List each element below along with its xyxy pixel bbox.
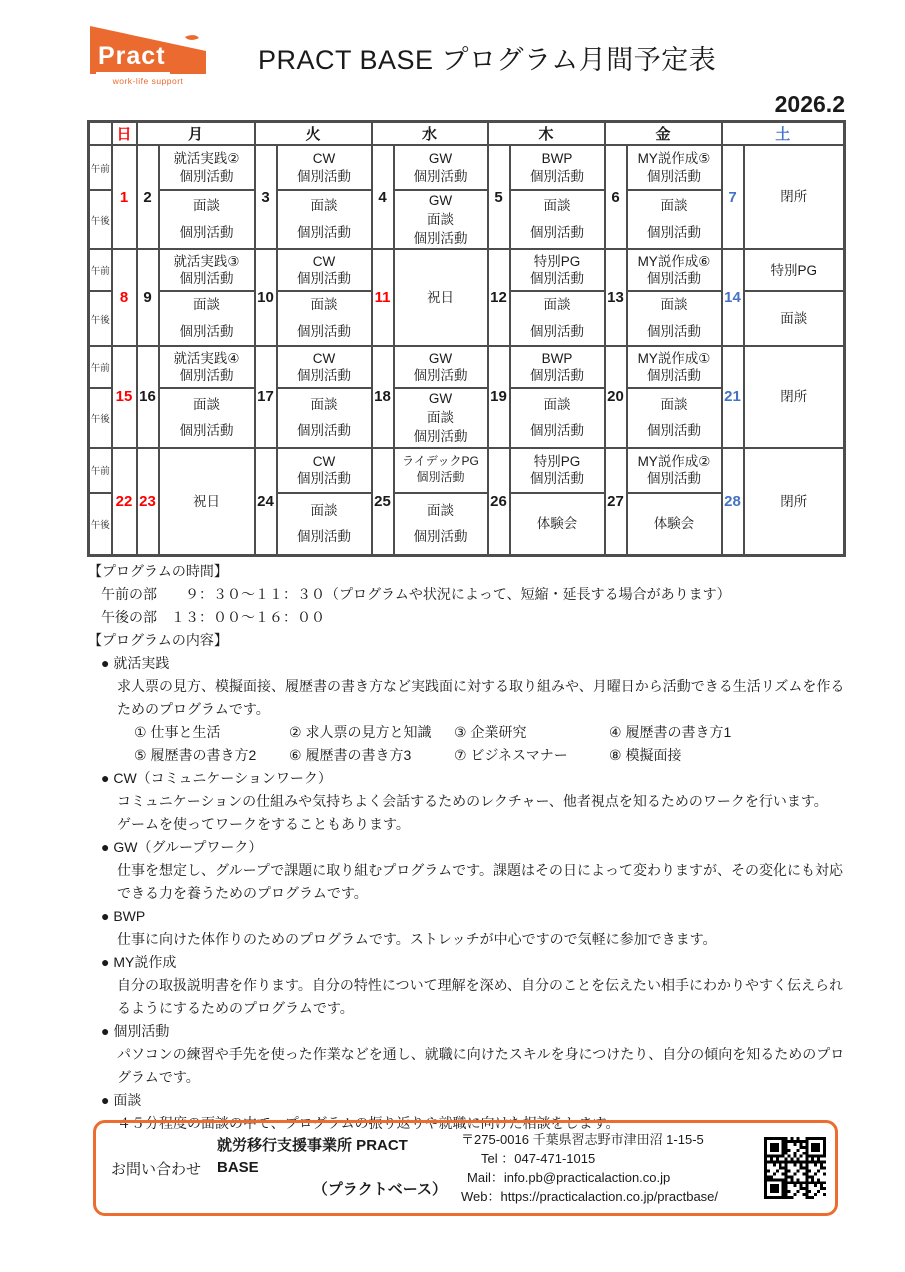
date-cell: 2 (137, 145, 159, 249)
item-title: ● 就活実践 (101, 652, 880, 675)
document-page: Pract work-life support PRACT BASE プログラム… (0, 0, 905, 1272)
item-desc: コミュニケーションの仕組みや気持ちよく会話するためのレクチャー、他者視点を知るた… (117, 790, 880, 836)
program-cell: CW 個別活動 (277, 346, 372, 388)
program-cell: 特別PG (744, 249, 845, 291)
program-cell: 面談 個別活動 (277, 190, 372, 249)
closed-cell: 閉所 (744, 448, 845, 556)
numbered-item: ⑤ 履歴書の書き方2 (134, 744, 289, 767)
item-title: ● GW（グループワーク） (101, 836, 880, 859)
corner-cell (89, 122, 112, 146)
contact-label: お問い合わせ (111, 1158, 201, 1179)
program-cell: 面談 個別活動 (627, 291, 722, 346)
am-row-label: 午前 (89, 346, 112, 388)
program-cell: 体験会 (510, 493, 605, 556)
date-cell: 7 (722, 145, 744, 249)
program-cell: GW 面談 個別活動 (394, 388, 488, 447)
web-line: Web：https://practicalaction.co.jp/practb… (461, 1187, 718, 1206)
logo-leaf-icon (185, 32, 199, 43)
program-cell: MY説作成① 個別活動 (627, 346, 722, 388)
page-title: PRACT BASE プログラム月間予定表 (258, 38, 716, 77)
numbered-item: ⑥ 履歴書の書き方3 (289, 744, 454, 767)
closed-cell: 閉所 (744, 346, 845, 447)
calendar-header-row: 日 月 火 水 木 金 土 (89, 122, 845, 146)
numbered-item: ⑧ 模擬面接 (609, 744, 681, 767)
item-desc: 自分の取扱説明書を作ります。自分の特性について理解を深め、自分のことを伝えたい相… (117, 974, 880, 1020)
header-thu: 木 (488, 122, 605, 146)
date-cell: 11 (372, 249, 394, 346)
program-cell: CW 個別活動 (277, 249, 372, 291)
tel-line: Tel ：047-471-1015 (461, 1149, 718, 1168)
date-cell: 27 (605, 448, 627, 556)
week1-am-row: 午前 1 2 就活実践② 個別活動 3 CW 個別活動 4 GW 個別活動 5 … (89, 145, 845, 190)
header-tue: 火 (255, 122, 372, 146)
holiday-cell: 祝日 (159, 448, 255, 556)
date-cell: 18 (372, 346, 394, 447)
program-cell: GW 個別活動 (394, 346, 488, 388)
program-cell: 特別PG 個別活動 (510, 249, 605, 291)
closed-cell: 閉所 (744, 145, 845, 249)
numbered-list-row: ① 仕事と生活 ② 求人票の見方と知識 ③ 企業研究 ④ 履歴書の書き方1 (134, 721, 880, 744)
program-cell: 面談 個別活動 (627, 388, 722, 447)
program-info: 【プログラムの時間】 午前の部 ９：３０～１１：３０（プログラムや状況によって、… (88, 560, 880, 1135)
week3-am-row: 午前 15 16 就活実践④ 個別活動 17 CW 個別活動 18 GW 個別活… (89, 346, 845, 388)
am-row-label: 午前 (89, 249, 112, 291)
date-cell: 4 (372, 145, 394, 249)
program-cell: MY説作成⑤ 個別活動 (627, 145, 722, 190)
program-cell: GW 個別活動 (394, 145, 488, 190)
org-name-line: 就労移行支援事業所 PRACT BASE (217, 1135, 447, 1179)
am-row-label: 午前 (89, 448, 112, 493)
week2-am-row: 午前 8 9 就活実践③ 個別活動 10 CW 個別活動 11 祝日 12 特別… (89, 249, 845, 291)
program-cell: 体験会 (627, 493, 722, 556)
program-cell: 面談 個別活動 (394, 493, 488, 556)
date-cell: 20 (605, 346, 627, 447)
numbered-item: ④ 履歴書の書き方1 (609, 721, 731, 744)
item-title: ● BWP (101, 905, 880, 928)
program-cell: 就活実践② 個別活動 (159, 145, 255, 190)
date-cell: 13 (605, 249, 627, 346)
program-cell: 面談 個別活動 (627, 190, 722, 249)
contact-box: お問い合わせ 就労移行支援事業所 PRACT BASE （プラクトベース） 〒2… (93, 1120, 838, 1216)
logo-tagline: work-life support (90, 76, 206, 86)
numbered-list-row: ⑤ 履歴書の書き方2 ⑥ 履歴書の書き方3 ⑦ ビジネスマナー ⑧ 模擬面接 (134, 744, 880, 767)
pm-row-label: 午後 (89, 493, 112, 556)
pract-logo: Pract work-life support (90, 26, 206, 90)
header-wed: 水 (372, 122, 488, 146)
date-cell: 12 (488, 249, 510, 346)
pm-row-label: 午後 (89, 291, 112, 346)
date-cell: 22 (112, 448, 137, 556)
item-title: ● MY説作成 (101, 951, 880, 974)
program-cell: 面談 個別活動 (277, 388, 372, 447)
header-fri: 金 (605, 122, 722, 146)
program-cell: 面談 個別活動 (510, 388, 605, 447)
program-cell: CW 個別活動 (277, 448, 372, 493)
date-cell: 5 (488, 145, 510, 249)
pm-row-label: 午後 (89, 388, 112, 447)
item-desc: パソコンの練習や手先を使った作業などを通し、就職に向けたスキルを身につけたり、自… (117, 1043, 880, 1089)
header-sat: 土 (722, 122, 845, 146)
content-section-heading: 【プログラムの内容】 (88, 629, 880, 652)
program-cell: ライデックPG 個別活動 (394, 448, 488, 493)
date-cell: 28 (722, 448, 744, 556)
date-cell: 14 (722, 249, 744, 346)
mail-line: Mail：info.pb@practicalaction.co.jp (461, 1168, 718, 1187)
contact-details: 〒275-0016 千葉県習志野市津田沼 1-15-5 Tel ：047-471… (461, 1130, 718, 1206)
program-cell: 就活実践④ 個別活動 (159, 346, 255, 388)
program-cell: MY説作成⑥ 個別活動 (627, 249, 722, 291)
date-cell: 16 (137, 346, 159, 447)
holiday-cell: 祝日 (394, 249, 488, 346)
date-cell: 23 (137, 448, 159, 556)
calendar-table: 日 月 火 水 木 金 土 午前 1 2 就活実践② 個別活動 3 CW 個別活… (87, 120, 846, 557)
address-line: 〒275-0016 千葉県習志野市津田沼 1-15-5 (461, 1130, 718, 1149)
program-cell: 面談 個別活動 (277, 291, 372, 346)
program-cell: MY説作成② 個別活動 (627, 448, 722, 493)
qr-code (764, 1137, 826, 1199)
date-cell: 8 (112, 249, 137, 346)
header-sun: 日 (112, 122, 137, 146)
program-cell: 面談 個別活動 (277, 493, 372, 556)
numbered-item: ② 求人票の見方と知識 (289, 721, 454, 744)
time-section-heading: 【プログラムの時間】 (88, 560, 880, 583)
program-cell: CW 個別活動 (277, 145, 372, 190)
week4-am-row: 午前 22 23 祝日 24 CW 個別活動 25 ライデックPG 個別活動 2… (89, 448, 845, 493)
item-title: ● 個別活動 (101, 1020, 880, 1043)
numbered-item: ① 仕事と生活 (134, 721, 289, 744)
month-label: 2026.2 (600, 91, 845, 118)
date-cell: 26 (488, 448, 510, 556)
date-cell: 3 (255, 145, 277, 249)
date-cell: 21 (722, 346, 744, 447)
program-cell: 面談 個別活動 (510, 291, 605, 346)
am-row-label: 午前 (89, 145, 112, 190)
numbered-item: ⑦ ビジネスマナー (454, 744, 609, 767)
program-cell: 就活実践③ 個別活動 (159, 249, 255, 291)
header-mon: 月 (137, 122, 255, 146)
date-cell: 17 (255, 346, 277, 447)
date-cell: 6 (605, 145, 627, 249)
item-desc: 求人票の見方、模擬面接、履歴書の書き方など実践面に対する取り組みや、月曜日から活… (117, 675, 880, 721)
pm-row-label: 午後 (89, 190, 112, 249)
program-cell: 面談 個別活動 (159, 190, 255, 249)
numbered-item: ③ 企業研究 (454, 721, 609, 744)
date-cell: 9 (137, 249, 159, 346)
program-cell: 面談 (744, 291, 845, 346)
am-time-line: 午前の部 ９：３０～１１：３０（プログラムや状況によって、短縮・延長する場合があ… (101, 583, 880, 606)
program-cell: BWP 個別活動 (510, 346, 605, 388)
item-desc: 仕事を想定し、グループで課題に取り組むプログラムです。課題はその日によって変わり… (117, 859, 880, 905)
program-cell: 特別PG 個別活動 (510, 448, 605, 493)
program-cell: BWP 個別活動 (510, 145, 605, 190)
date-cell: 10 (255, 249, 277, 346)
program-cell: 面談 個別活動 (510, 190, 605, 249)
date-cell: 24 (255, 448, 277, 556)
date-cell: 19 (488, 346, 510, 447)
logo-wordmark: Pract (96, 42, 170, 74)
date-cell: 25 (372, 448, 394, 556)
date-cell: 15 (112, 346, 137, 447)
pm-time-line: 午後の部 １３：００～１６：００ (101, 606, 880, 629)
program-cell: GW 面談 個別活動 (394, 190, 488, 249)
item-desc: 仕事に向けた体作りのためのプログラムです。ストレッチが中心ですので気軽に参加でき… (117, 928, 880, 951)
program-cell: 面談 個別活動 (159, 291, 255, 346)
item-title: ● CW（コミュニケーションワーク） (101, 767, 880, 790)
program-cell: 面談 個別活動 (159, 388, 255, 447)
org-kana-line: （プラクトベース） (217, 1179, 447, 1201)
item-title: ● 面談 (101, 1089, 880, 1112)
date-cell: 1 (112, 145, 137, 249)
organization-name: 就労移行支援事業所 PRACT BASE （プラクトベース） (217, 1135, 447, 1201)
